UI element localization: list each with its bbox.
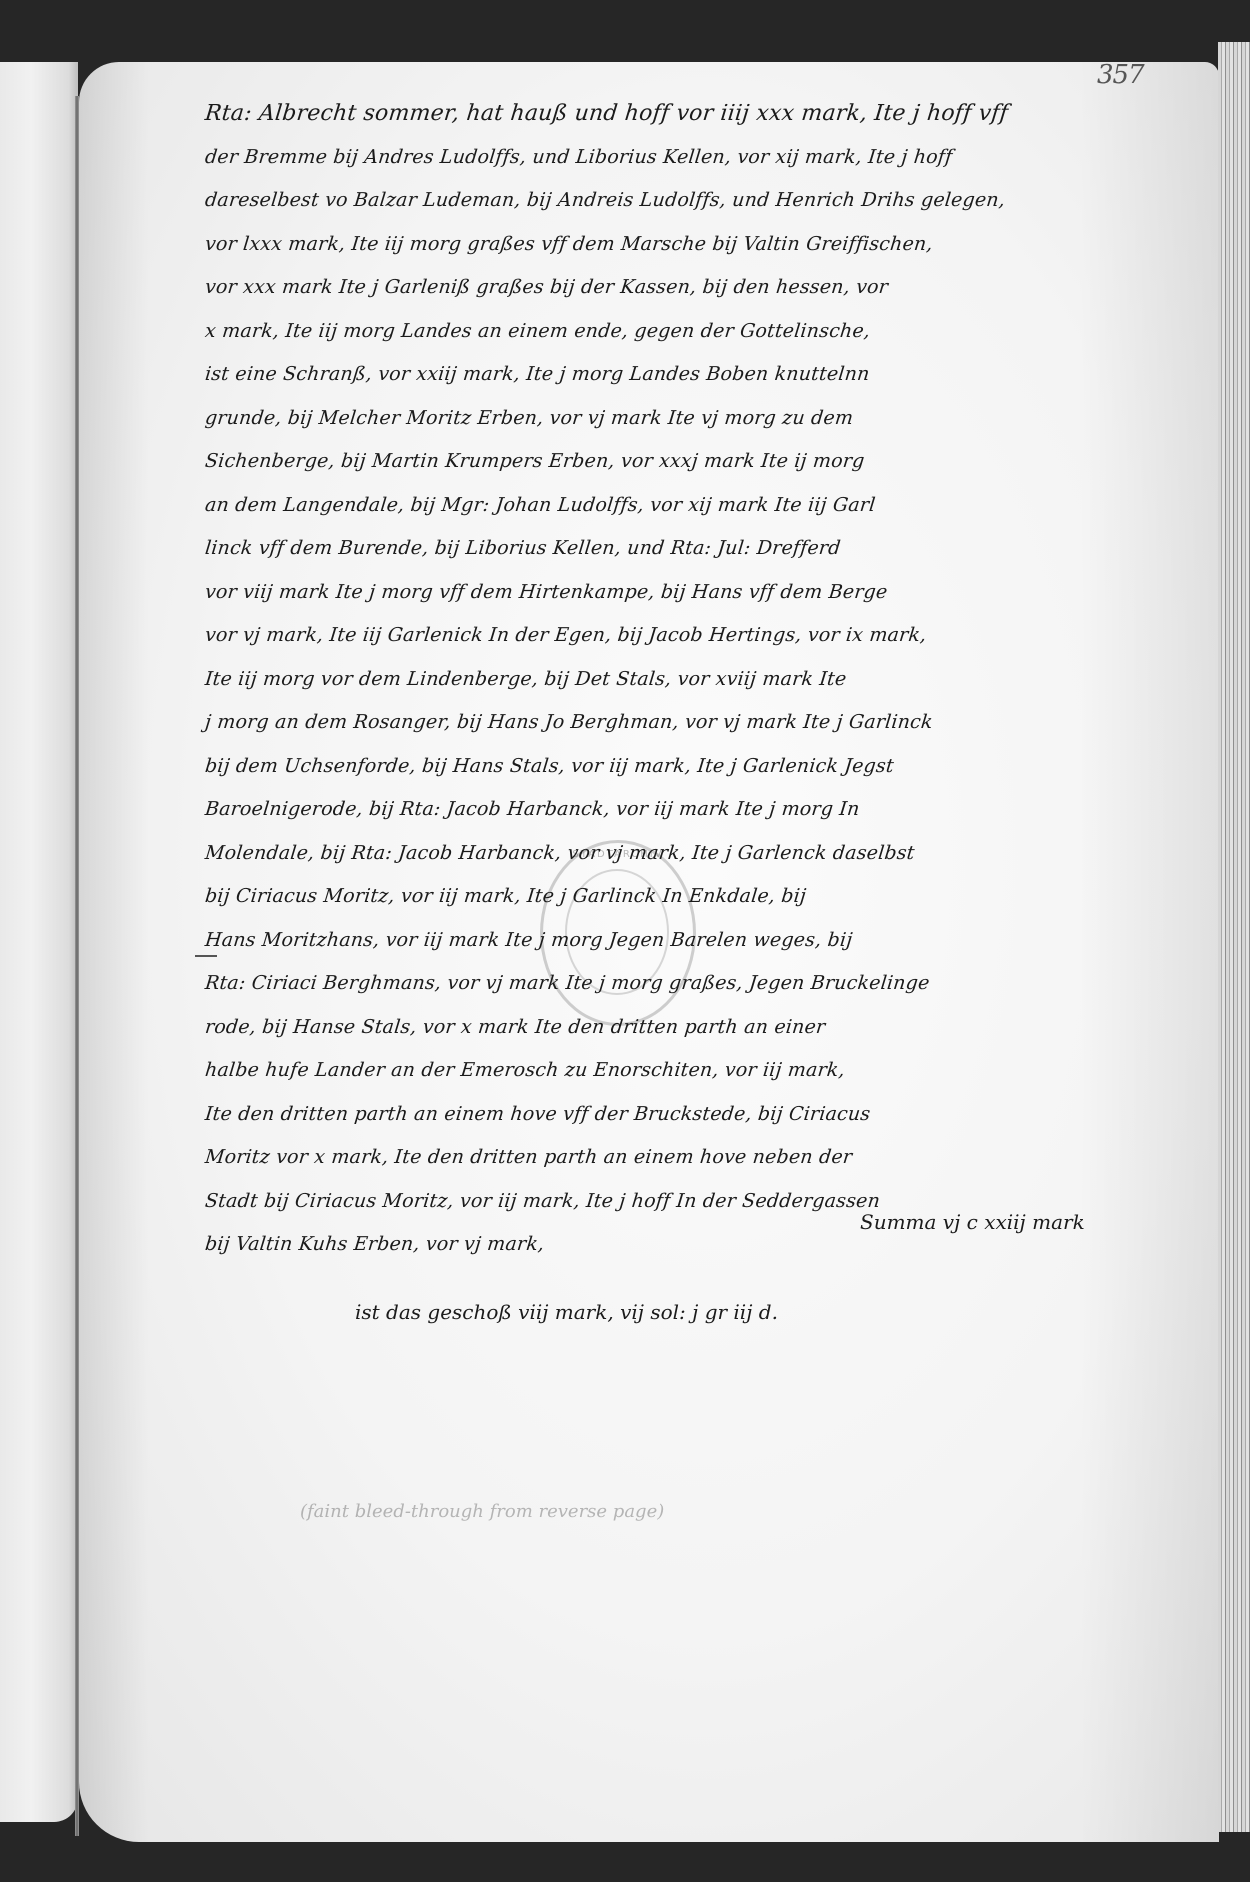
manuscript-line: j morg an dem Rosanger, bij Hans Jo Berg… [203,701,1188,745]
stacked-page-edges [1218,42,1250,1832]
manuscript-line: grunde, bij Melcher Moritz Erben, vor vj… [203,397,1188,441]
manuscript-line: linck vff dem Burende, bij Liborius Kell… [203,527,1188,571]
manuscript-line: vor lxxx mark, Ite iij morg graßes vff d… [203,223,1188,267]
manuscript-line: Moritz vor x mark, Ite den dritten parth… [203,1136,1188,1180]
manuscript-line: dareselbest vo Balzar Ludeman, bij Andre… [203,179,1188,223]
manuscript-line: der Bremme bij Andres Ludolffs, und Libo… [203,136,1188,180]
facing-page-edge [0,62,78,1822]
manuscript-text-block: Rta: Albrecht sommer, hat hauß und hoff … [205,92,1185,1267]
summa-total: Summa vj c xxiij mark [860,1210,1085,1234]
manuscript-line: Rta: Ciriaci Berghmans, vor vj mark Ite … [203,962,1188,1006]
manuscript-line: Hans Moritzhans, vor iij mark Ite j morg… [203,919,1188,963]
manuscript-line: bij Ciriacus Moritz, vor iij mark, Ite j… [203,875,1188,919]
manuscript-line: vor vj mark, Ite iij Garlenick In der Eg… [203,614,1188,658]
manuscript-line: Baroelnigerode, bij Rta: Jacob Harbanck,… [203,788,1188,832]
manuscript-line: Ite den dritten parth an einem hove vff … [203,1093,1188,1137]
manuscript-line: halbe hufe Lander an der Emerosch zu Eno… [203,1049,1188,1093]
tax-summary-line: ist das geschoß viij mark, vij sol: j gr… [355,1300,778,1324]
manuscript-line: ist eine Schranß, vor xxiij mark, Ite j … [203,353,1188,397]
manuscript-line: vor viij mark Ite j morg vff dem Hirtenk… [203,571,1188,615]
bleed-through-text: (faint bleed-through from reverse page) [300,1500,664,1524]
manuscript-line: Rta: Albrecht sommer, hat hauß und hoff … [203,92,1188,136]
manuscript-line: x mark, Ite iij morg Landes an einem end… [203,310,1188,354]
manuscript-line: Molendale, bij Rta: Jacob Harbanck, vor … [203,832,1188,876]
manuscript-line: bij dem Uchsenforde, bij Hans Stals, vor… [203,745,1188,789]
folio-number: 357 [1097,60,1144,90]
manuscript-line: rode, bij Hanse Stals, vor x mark Ite de… [203,1006,1188,1050]
manuscript-line: vor xxx mark Ite j Garleniß graßes bij d… [203,266,1188,310]
manuscript-line: Ite iij morg vor dem Lindenberge, bij De… [203,658,1188,702]
manuscript-line: an dem Langendale, bij Mgr: Johan Ludolf… [203,484,1188,528]
manuscript-line: Sichenberge, bij Martin Krumpers Erben, … [203,440,1188,484]
